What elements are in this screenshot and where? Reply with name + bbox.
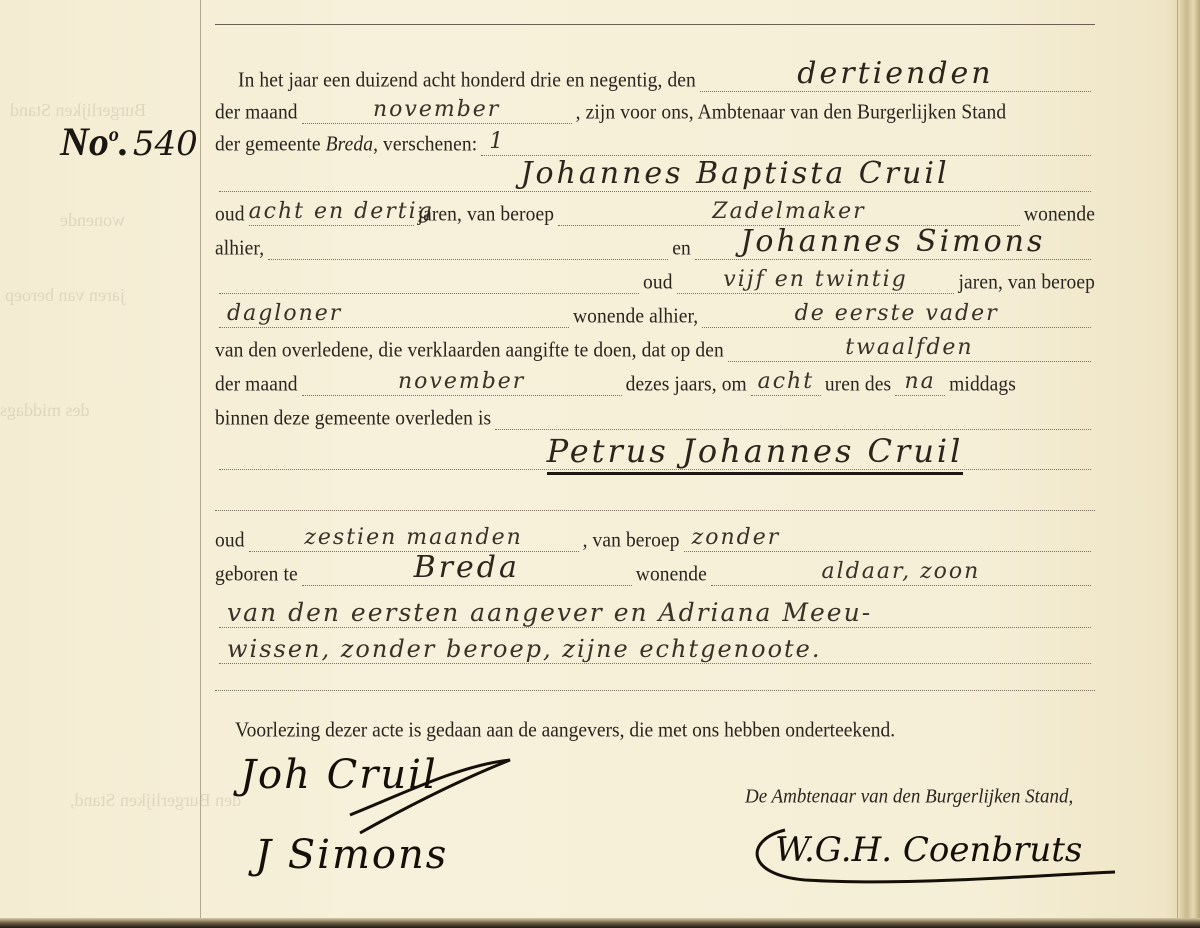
printed-text: uren des xyxy=(825,373,891,397)
parents-line-2: wissen, zonder beroep, zijne echtgenoote… xyxy=(219,637,1091,661)
handwritten-field: zestien maanden xyxy=(249,527,579,552)
deceased-name: Petrus Johannes Cruil xyxy=(219,435,1091,467)
time-of-day: na xyxy=(895,371,945,393)
official-title: De Ambtenaar van den Burgerlijken Stand, xyxy=(745,785,1073,809)
handwritten-field: na xyxy=(895,371,945,396)
printed-text: , van beroep xyxy=(583,529,680,553)
handwritten-field: november xyxy=(302,371,622,396)
printed-text: oud xyxy=(643,271,673,295)
printed-text: oud xyxy=(215,203,245,227)
printed-text: , verschenen: xyxy=(373,133,477,157)
handwritten-field: 1 xyxy=(481,131,1091,156)
record-line-11: binnen deze gemeente overleden is xyxy=(215,400,1095,430)
printed-text: dezes jaars, om xyxy=(626,373,747,397)
signature-declarant-2: J Simons xyxy=(255,832,448,878)
record-line-3: der gemeente Breda, verschenen: 1 xyxy=(215,126,1095,156)
handwritten-field: dagloner xyxy=(219,303,569,328)
closing-statement: Voorlezing dezer acte is gedaan aan de a… xyxy=(235,719,895,743)
handwritten-field: de eerste vader xyxy=(702,303,1091,328)
bleed-through-text: wonende xyxy=(60,210,125,231)
handwritten-field: vijf en twintig xyxy=(677,269,955,294)
declarant-1-name: Johannes Baptista Cruil xyxy=(219,159,1091,189)
record-line-4: Johannes Baptista Cruil xyxy=(215,162,1095,192)
day-of-death: twaalfden xyxy=(728,337,1091,359)
printed-text: , zijn voor ons, Ambtenaar van den Burge… xyxy=(576,101,1007,125)
printed-text: binnen deze gemeente overleden is xyxy=(215,407,491,431)
page-bottom-edge xyxy=(0,918,1200,928)
record-line-14: geboren te Breda wonende aldaar, zoon xyxy=(215,556,1095,586)
signature-flourish-icon xyxy=(340,755,520,835)
printed-text: wonende xyxy=(636,563,707,587)
signature-underline-icon xyxy=(745,820,1125,890)
handwritten-field: van den eersten aangever en Adriana Meeu… xyxy=(219,603,1091,628)
printed-text: jaren, van beroep xyxy=(958,271,1095,295)
relationship-to-deceased: de eerste vader xyxy=(702,303,1091,325)
record-line-7: oud vijf en twintig jaren, van beroep xyxy=(215,264,1095,294)
record-line-13: oud zestien maanden , van beroep zonder xyxy=(215,522,1095,552)
printed-text: der gemeente xyxy=(215,133,321,157)
declarant-2-occupation: dagloner xyxy=(219,303,569,325)
record-line-8: dagloner wonende alhier, de eerste vader xyxy=(215,298,1095,328)
handwritten-field: wissen, zonder beroep, zijne echtgenoote… xyxy=(219,639,1091,664)
handwritten-field: aldaar, zoon xyxy=(711,561,1091,586)
municipality-name: Breda xyxy=(326,133,373,157)
record-line-6: alhier, en Johannes Simons xyxy=(215,230,1095,260)
handwritten-field: Johannes Baptista Cruil xyxy=(219,167,1091,192)
blank-dotted-line xyxy=(215,690,1095,691)
printed-text: wonende alhier, xyxy=(573,305,698,329)
handwritten-field: twaalfden xyxy=(728,337,1091,362)
printed-text: van den overledene, die verklaarden aang… xyxy=(215,339,724,363)
declarant-1-age: acht en dertig xyxy=(249,201,414,223)
handwritten-field: dertienden xyxy=(700,67,1091,92)
record-line-10: der maand november dezes jaars, om acht … xyxy=(215,366,1095,396)
deceased-occupation: zonder xyxy=(684,527,1091,549)
record-line-1: In het jaar een duizend acht honderd dri… xyxy=(238,62,1095,92)
deceased-residence: aldaar, zoon xyxy=(711,561,1091,583)
register-page: Burgerlijken Stand wonende jaren van ber… xyxy=(0,0,1200,928)
bleed-through-text: jaren van beroep xyxy=(5,285,125,306)
record-line-15: van den eersten aangever en Adriana Meeu… xyxy=(215,598,1095,628)
bleed-through-text: des middags xyxy=(0,400,90,421)
printed-text: In het jaar een duizend acht honderd dri… xyxy=(238,69,696,93)
handwritten-field: acht en dertig xyxy=(249,201,414,226)
printed-text: oud xyxy=(215,529,245,553)
printed-text: der maand xyxy=(215,373,298,397)
record-line-16: wissen, zonder beroep, zijne echtgenoote… xyxy=(215,634,1095,664)
month-of-death: november xyxy=(302,371,622,393)
book-binding-edge xyxy=(1177,0,1200,928)
act-number-prefix: Noo. xyxy=(60,119,129,164)
declarant-2-age: vijf en twintig xyxy=(677,269,955,291)
record-line-2: der maand november , zijn voor ons, Ambt… xyxy=(215,94,1095,124)
bleed-through-text: den Burgerlijken Stand, xyxy=(70,790,241,811)
printed-text: en xyxy=(672,237,691,261)
parents-line-1: van den eersten aangever en Adriana Meeu… xyxy=(219,600,1091,625)
printed-text: jaren, van beroep xyxy=(418,203,555,227)
handwritten-field: Breda xyxy=(302,561,632,586)
record-line-12: Petrus Johannes Cruil xyxy=(215,440,1095,470)
act-number-value: 540 xyxy=(133,124,198,164)
printed-text: alhier, xyxy=(215,237,264,261)
handwritten-field: acht xyxy=(751,371,821,396)
handwritten-field: Johannes Simons xyxy=(695,235,1091,260)
hour-of-death: acht xyxy=(751,371,821,393)
printed-text: der maand xyxy=(215,101,298,125)
blank-dotted-line xyxy=(215,510,1095,511)
handwritten-field xyxy=(219,269,639,294)
handwritten-field: Petrus Johannes Cruil xyxy=(219,445,1091,470)
handwritten-field: november xyxy=(302,99,572,124)
deceased-age: zestien maanden xyxy=(249,527,579,549)
printed-text: middags xyxy=(949,373,1016,397)
handwritten-field xyxy=(268,235,668,260)
header-rule xyxy=(215,24,1095,25)
printed-text: geboren te xyxy=(215,563,298,587)
handwritten-mark: 1 xyxy=(481,131,1091,153)
act-number: Noo.540 xyxy=(60,118,198,165)
handwritten-field xyxy=(495,405,1091,430)
record-line-5: oud acht en dertig jaren, van beroep Zad… xyxy=(215,196,1095,226)
handwritten-field: Zadelmaker xyxy=(558,201,1020,226)
margin-rule xyxy=(200,0,201,918)
deceased-birthplace: Breda xyxy=(302,553,632,583)
declarant-1-occupation: Zadelmaker xyxy=(558,201,1020,223)
day-of-registration: dertienden xyxy=(700,59,1091,89)
record-line-9: van den overledene, die verklaarden aang… xyxy=(215,332,1095,362)
month-of-registration: november xyxy=(302,99,572,121)
declarant-2-name: Johannes Simons xyxy=(695,227,1091,257)
handwritten-field: zonder xyxy=(684,527,1091,552)
